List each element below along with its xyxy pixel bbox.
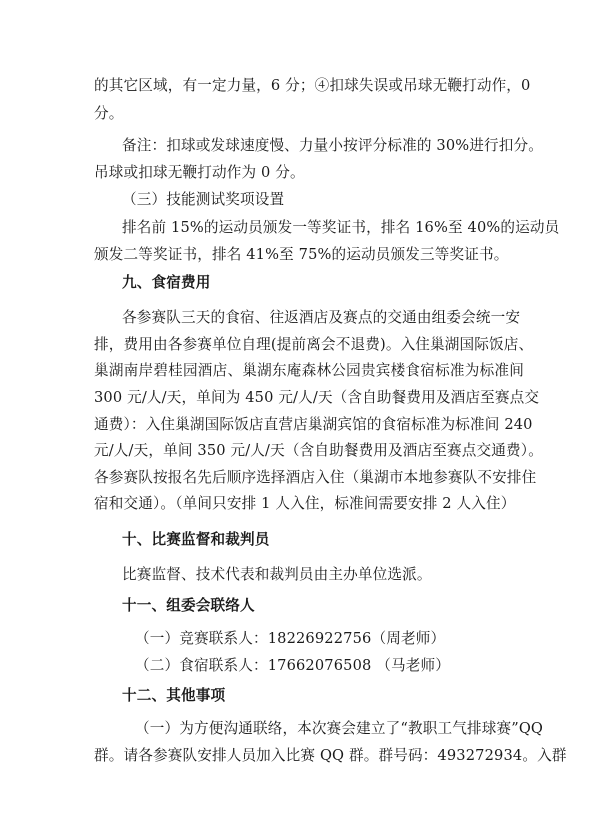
contact-accommodation: （二）食宿联系人：17662076508 （马老师） [135,656,565,676]
paragraph-line: 排名前 15%的运动员颁发一等奖证书，排名 16%至 40%的运动员 [122,218,552,238]
section-heading-9: 九、食宿费用 [122,273,552,293]
paragraph-line: 宿和交通）。（单间只安排 1 人入住，标准间需要安排 2 人入住） [94,494,524,514]
note-line: 备注：扣球或发球速度慢、力量小按评分标准的 30%进行扣分。 [122,136,552,156]
paragraph-line: 各参赛队按报名先后顺序选择酒店入住（巢湖市本地参赛队不安排住 [94,468,524,488]
paragraph-line: 各参赛队三天的食宿、往返酒店及赛点的交通由组委会统一安 [122,308,552,328]
section-heading-12: 十二、其他事项 [122,686,552,706]
contact-competition: （一）竞赛联系人：18226922756（周老师） [135,629,565,649]
paragraph-line: 元/人/天，单间 350 元/人/天（含自助餐费用及酒店至赛点交通费）。 [94,441,524,461]
paragraph-line: 巢湖南岸碧桂园酒店、巢湖东庵森林公园贵宾楼食宿标准为标准间 [94,361,524,381]
section-heading-11: 十一、组委会联络人 [122,596,552,616]
paragraph-line: 群。请各参赛队安排人员加入比赛 QQ 群。群号码：493272934。入群 [94,746,524,766]
paragraph-line: 通费）：入住巢湖国际饭店直营店巢湖宾馆的食宿标准为标准间 240 [94,415,524,435]
paragraph-line: 比赛监督、技术代表和裁判员由主办单位选派。 [122,565,552,585]
paragraph-line: （一）为方便沟通联络，本次赛会建立了“教职工气排球赛”QQ [135,719,524,739]
paragraph-line: 分。 [94,104,524,124]
paragraph-line: 颁发二等奖证书，排名 41%至 75%的运动员颁发三等奖证书。 [94,245,524,265]
section-heading-10: 十、比赛监督和裁判员 [122,530,552,550]
subsection-title: （三）技能测试奖项设置 [122,190,552,210]
paragraph-line: 的其它区域，有一定力量，6 分；④扣球失误或吊球无鞭打动作，0 [94,76,524,96]
paragraph-line: 排，费用由各参赛单位自理(提前离会不退费)。入住巢湖国际饭店、 [94,335,524,355]
paragraph-line: 300 元/人/天，单间为 450 元/人/天（含自助餐费用及酒店至赛点交 [94,388,524,408]
note-line: 吊球或扣球无鞭打动作为 0 分。 [94,163,524,183]
document-page: 的其它区域，有一定力量，6 分；④扣球失误或吊球无鞭打动作，0 分。 备注：扣球… [0,0,609,825]
